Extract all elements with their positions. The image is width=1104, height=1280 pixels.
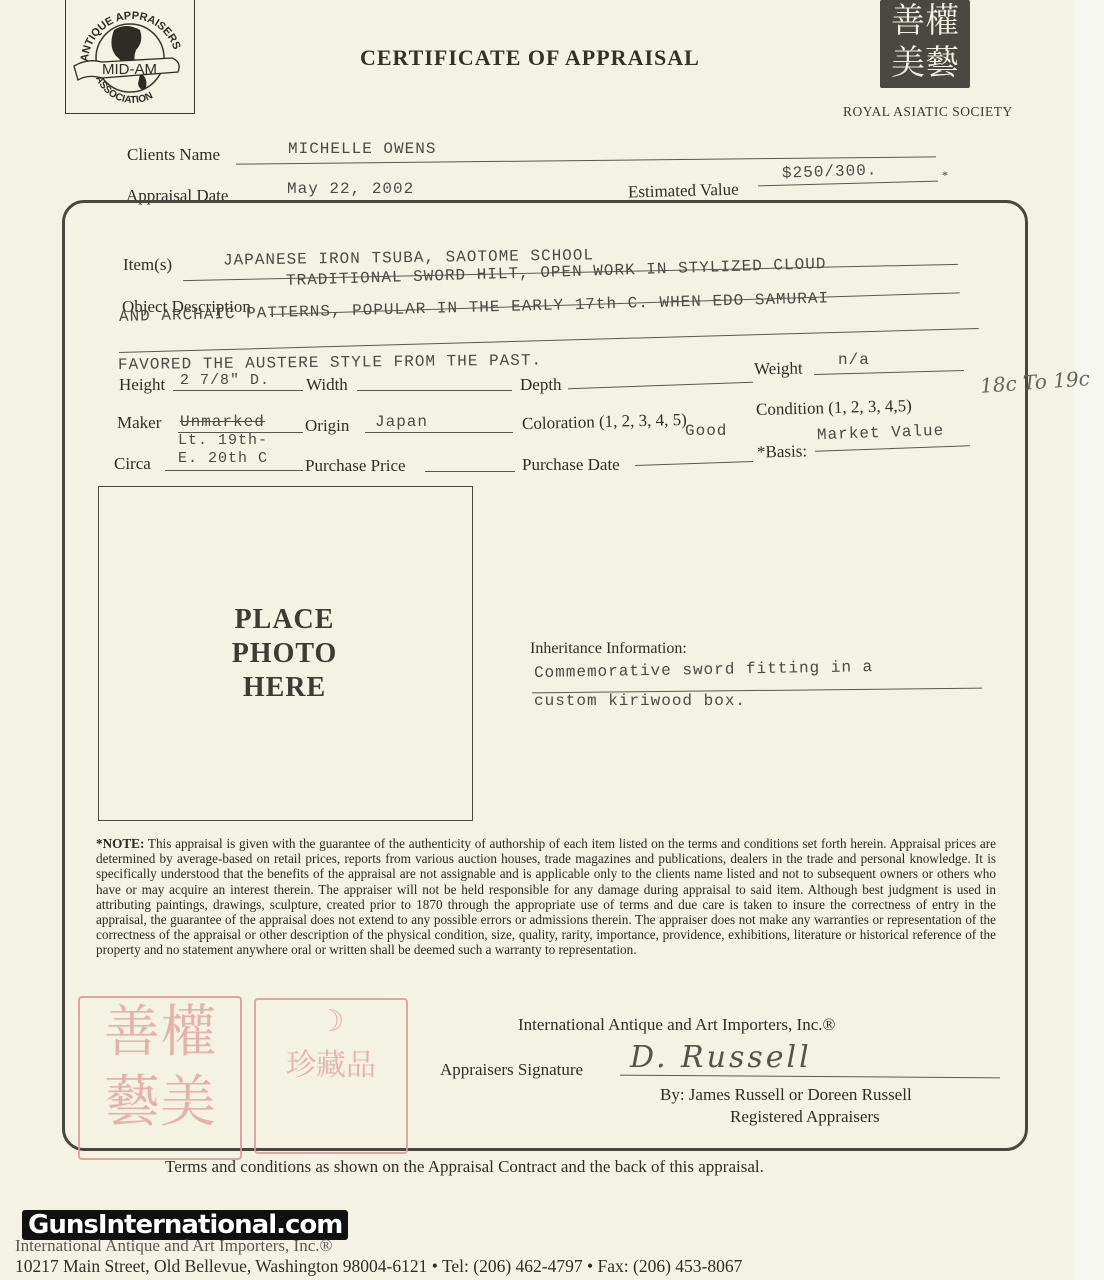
circa-value-line-1: Lt. 19th- [178, 432, 268, 449]
signature-label: Appraisers Signature [440, 1060, 583, 1080]
signature-company: International Antique and Art Importers,… [518, 1015, 835, 1035]
width-label: Width [306, 375, 348, 395]
svg-text:MID-AM: MID-AM [102, 61, 157, 78]
clients-name-label: Clients Name [127, 145, 220, 165]
maker-value: Unmarked [180, 413, 265, 431]
purchase-price-line [425, 471, 515, 472]
origin-value: Japan [375, 413, 428, 431]
width-line [357, 390, 512, 391]
inheritance-label: Inheritance Information: [530, 640, 687, 658]
depth-label: Depth [520, 375, 562, 395]
appraiser-signature: D. Russell [630, 1040, 812, 1075]
signature-title: Registered Appraisers [730, 1107, 880, 1127]
page-edge [1074, 0, 1104, 1280]
purchase-date-label: Purchase Date [522, 455, 620, 475]
coloration-value: Good [685, 422, 727, 440]
clients-name-value: MICHELLE OWENS [288, 140, 436, 158]
height-value: 2 7/8" D. [180, 372, 270, 389]
purchase-price-label: Purchase Price [305, 456, 406, 476]
circa-value-line-2: E. 20th C [178, 450, 268, 467]
mid-am-logo: ANTIQUE APPRAISERS MID-AM ASSOCIATION [65, 0, 195, 114]
red-seal-stamp-right: ☽ 珍藏品 [254, 998, 408, 1154]
estimated-value-label: Estimated Value [628, 180, 739, 203]
origin-label: Origin [305, 416, 349, 436]
red-seal-stamp-left: 善權 藝美 [78, 996, 242, 1160]
signature-by-line: By: James Russell or Doreen Russell [660, 1085, 912, 1105]
condition-label: Condition (1, 2, 3, 4,5) [756, 396, 912, 420]
globe-icon: ANTIQUE APPRAISERS MID-AM ASSOCIATION [66, 0, 194, 113]
estimated-value-asterisk: * [942, 168, 948, 183]
origin-line [365, 432, 513, 433]
basis-label: *Basis: [757, 441, 808, 462]
royal-asiatic-seal: 善權 美藝 [880, 0, 970, 88]
footer-terms: Terms and conditions as shown on the App… [165, 1157, 764, 1177]
footer-company: International Antique and Art Importers,… [15, 1236, 332, 1256]
inheritance-line-2: custom kiriwood box. [534, 692, 746, 710]
circa-label: Circa [114, 454, 151, 474]
note-text: This appraisal is given with the guarant… [96, 836, 996, 957]
weight-label: Weight [754, 359, 803, 380]
certificate-title: CERTIFICATE OF APPRAISAL [360, 45, 700, 71]
weight-value: n/a [838, 351, 870, 369]
appraisal-date-value: May 22, 2002 [287, 180, 414, 198]
photo-placeholder-text: PLACE PHOTO HERE [98, 603, 471, 705]
estimated-value-value: $250/300. [782, 161, 878, 182]
footer-address: 10217 Main Street, Old Bellevue, Washing… [15, 1256, 742, 1277]
note-lead: *NOTE: [96, 836, 144, 851]
terms-note: *NOTE: This appraisal is given with the … [96, 836, 996, 958]
height-line [173, 390, 303, 391]
seal-caption: ROYAL ASIATIC SOCIETY [843, 104, 1013, 120]
items-label: Item(s) [123, 255, 172, 275]
circa-line [165, 470, 303, 471]
height-label: Height [119, 375, 165, 395]
maker-label: Maker [117, 413, 161, 433]
